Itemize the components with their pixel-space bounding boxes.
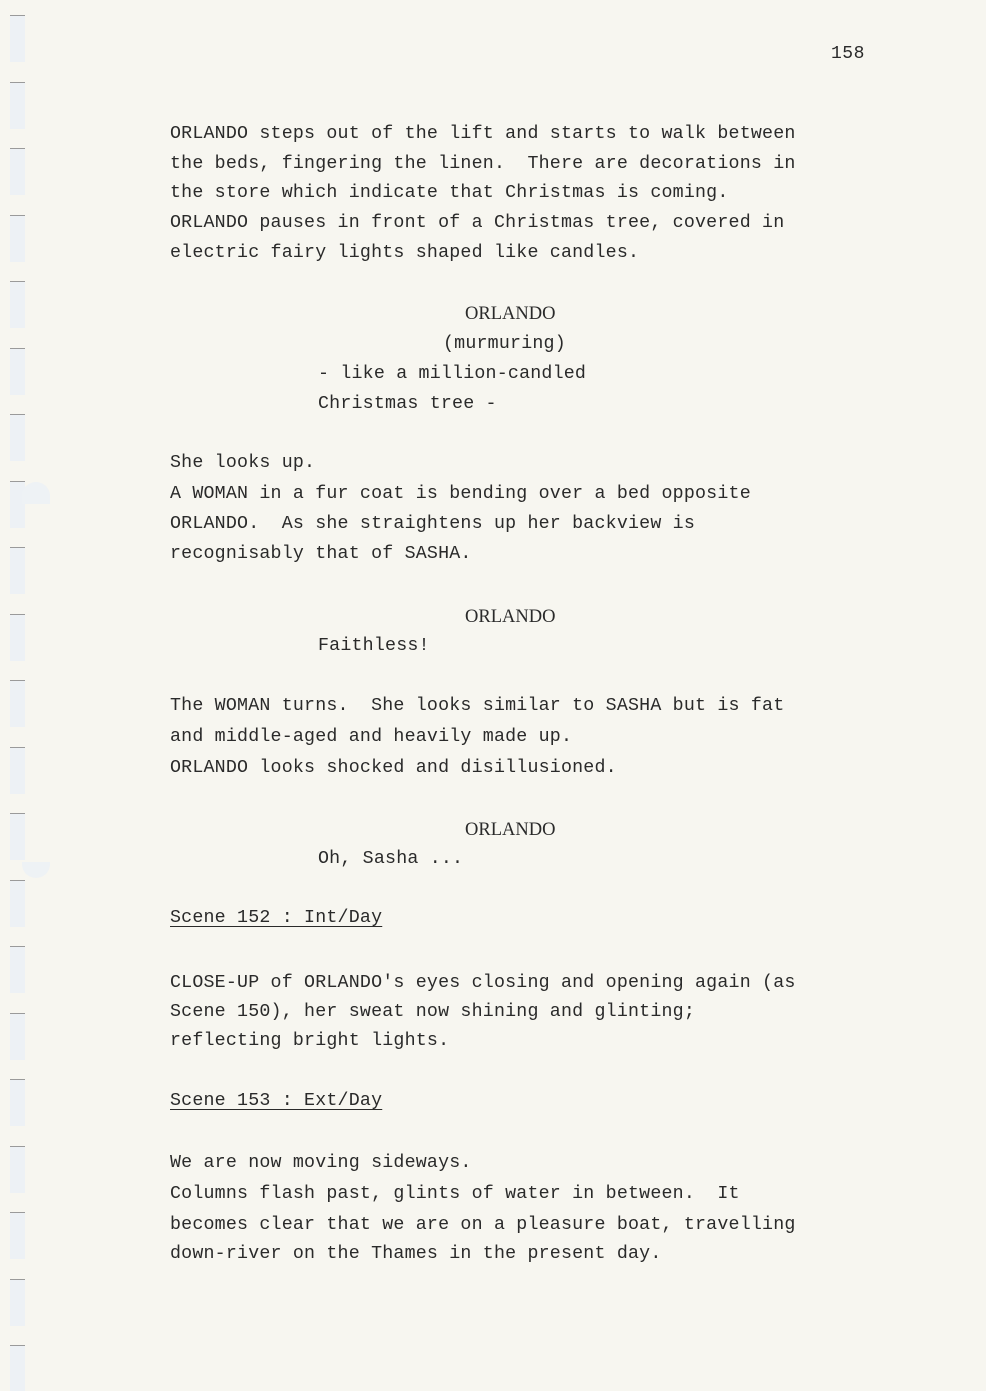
action-line: recognisably that of SASHA.	[170, 544, 472, 564]
binding-hole	[10, 215, 25, 262]
action-line: the store which indicate that Christmas …	[170, 183, 729, 203]
binding-hole	[10, 481, 25, 528]
dialogue-line: - like a million-candled	[318, 364, 586, 384]
action-line: Columns flash past, glints of water in b…	[170, 1184, 740, 1204]
character-cue: ORLANDO	[465, 607, 555, 628]
dialogue-line: Christmas tree -	[318, 394, 497, 414]
binding-hole	[10, 82, 25, 129]
binding-notch	[22, 482, 50, 504]
binding-hole	[10, 1212, 25, 1259]
binding-hole	[10, 614, 25, 661]
action-line: ORLANDO. As she straightens up her backv…	[170, 514, 695, 534]
action-line: ORLANDO looks shocked and disillusioned.	[170, 758, 617, 778]
binding-hole	[10, 946, 25, 993]
dialogue-line: Faithless!	[318, 636, 430, 656]
action-line: and middle-aged and heavily made up.	[170, 727, 572, 747]
action-line: ORLANDO pauses in front of a Christmas t…	[170, 213, 784, 233]
action-line: down-river on the Thames in the present …	[170, 1244, 662, 1264]
page-number: 158	[831, 44, 865, 64]
action-line: A WOMAN in a fur coat is bending over a …	[170, 484, 751, 504]
binding-hole	[10, 880, 25, 927]
binding-hole	[10, 15, 25, 62]
scene-heading: Scene 152 : Int/Day	[170, 908, 382, 928]
action-line: Scene 150), her sweat now shining and gl…	[170, 1002, 695, 1022]
action-line: The WOMAN turns. She looks similar to SA…	[170, 696, 784, 716]
binding-hole	[10, 1013, 25, 1060]
action-line: reflecting bright lights.	[170, 1031, 449, 1051]
action-line: electric fairy lights shaped like candle…	[170, 243, 639, 263]
action-line: CLOSE-UP of ORLANDO's eyes closing and o…	[170, 973, 796, 993]
action-line: We are now moving sideways.	[170, 1153, 472, 1173]
binding-hole	[10, 747, 25, 794]
dialogue-line: Oh, Sasha ...	[318, 849, 463, 869]
character-cue: ORLANDO	[465, 304, 555, 325]
binding-hole	[10, 348, 25, 395]
binding-notch	[22, 862, 50, 878]
binding-hole	[10, 1345, 25, 1391]
binding-hole	[10, 1079, 25, 1126]
binding-hole	[10, 414, 25, 461]
binding-hole	[10, 680, 25, 727]
binding-hole	[10, 1279, 25, 1326]
binding-hole	[10, 547, 25, 594]
action-line: ORLANDO steps out of the lift and starts…	[170, 124, 796, 144]
binding-hole	[10, 813, 25, 860]
action-line: the beds, fingering the linen. There are…	[170, 154, 796, 174]
binding-hole	[10, 281, 25, 328]
binding-hole	[10, 1146, 25, 1193]
character-cue: ORLANDO	[465, 820, 555, 841]
binding-hole	[10, 148, 25, 195]
action-line: becomes clear that we are on a pleasure …	[170, 1215, 796, 1235]
action-line: She looks up.	[170, 453, 315, 473]
parenthetical: (murmuring)	[443, 334, 566, 354]
scene-heading: Scene 153 : Ext/Day	[170, 1091, 382, 1111]
